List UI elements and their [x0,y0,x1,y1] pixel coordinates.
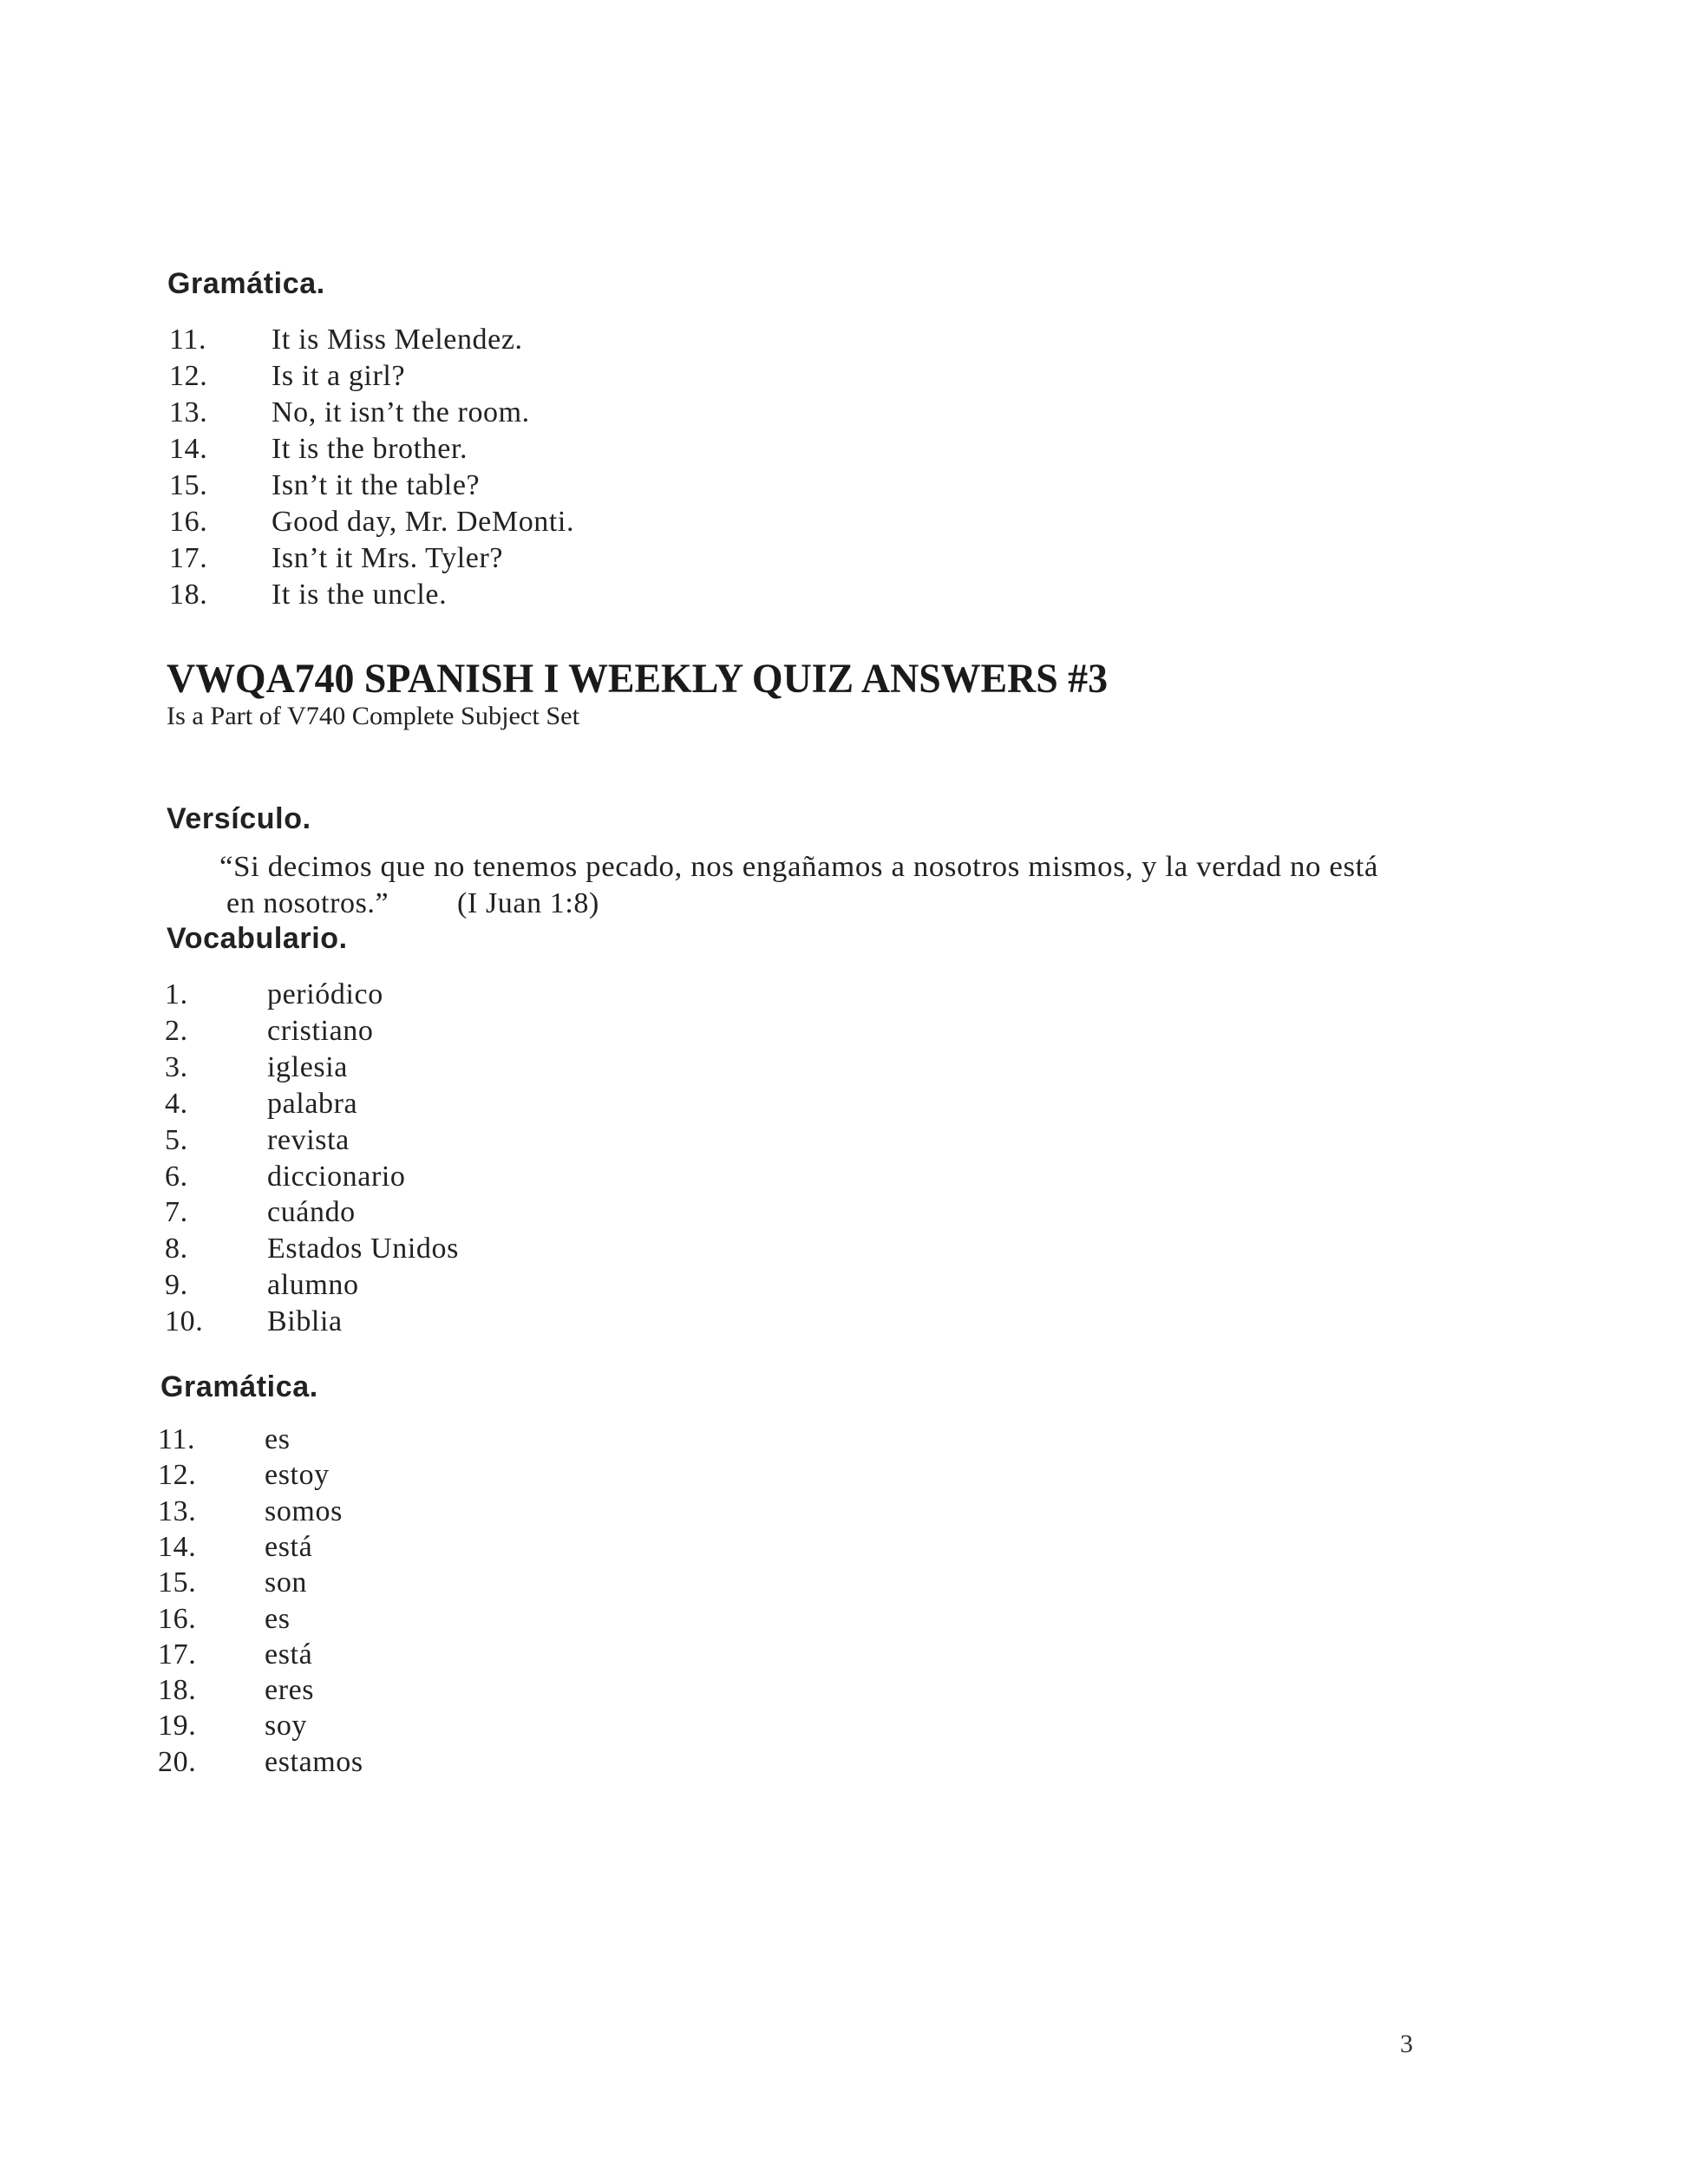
list-item-text: eres [265,1676,314,1705]
list-item-text: revista [267,1126,350,1155]
list-item-number: 9. [165,1271,188,1300]
list-item-text: somos [265,1497,343,1527]
list-item-text: Estados Unidos [267,1234,459,1264]
list-item-number: 15. [169,471,207,500]
list-item-text: No, it isn’t the room. [272,398,530,428]
section-heading-versiculo: Versículo. [167,804,311,834]
list-item-text: está [265,1640,312,1670]
list-item-number: 18. [169,580,207,610]
verse-citation: (I Juan 1:8) [457,889,599,919]
list-item-text: Isn’t it the table? [272,471,480,500]
list-item-number: 10. [165,1307,203,1337]
page-number: 3 [1400,2031,1413,2057]
list-item-number: 4. [165,1089,188,1119]
list-item-number: 1. [165,980,188,1010]
list-item-text: iglesia [267,1053,348,1082]
verse-line-1: “Si decimos que no tenemos pecado, nos e… [219,853,1378,882]
list-item-number: 18. [158,1676,196,1705]
list-item-text: It is the brother. [272,435,468,464]
list-item-text: cuándo [267,1198,356,1227]
list-item-text: alumno [267,1271,359,1300]
list-item-text: diccionario [267,1162,406,1192]
list-item-text: Is it a girl? [272,362,405,391]
list-item-number: 2. [165,1017,188,1046]
page-title: VWQA740 SPANISH I WEEKLY QUIZ ANSWERS #3 [167,658,1108,700]
list-item-text: son [265,1568,307,1598]
list-item-text: cristiano [267,1017,373,1046]
list-item-number: 12. [169,362,207,391]
list-item-number: 20. [158,1748,196,1777]
list-item-text: estoy [265,1461,330,1490]
list-item-text: It is the uncle. [272,580,447,610]
list-item-number: 12. [158,1461,196,1490]
list-item-number: 17. [169,544,207,573]
list-item-text: es [265,1425,291,1455]
list-item-number: 17. [158,1640,196,1670]
list-item-text: palabra [267,1089,357,1119]
list-item-text: Good day, Mr. DeMonti. [272,507,574,537]
section-heading-vocabulario: Vocabulario. [167,924,348,953]
list-item-number: 5. [165,1126,188,1155]
list-item-text: It is Miss Melendez. [272,325,523,355]
list-item-number: 11. [169,325,206,355]
section-heading-gramatica: Gramática. [160,1372,318,1402]
list-item-text: estamos [265,1748,363,1777]
list-item-number: 15. [158,1568,196,1598]
list-item-number: 7. [165,1198,188,1227]
list-item-number: 3. [165,1053,188,1082]
list-item-text: Isn’t it Mrs. Tyler? [272,544,503,573]
list-item-number: 8. [165,1234,188,1264]
page-subtitle: Is a Part of V740 Complete Subject Set [167,703,579,729]
list-item-text: soy [265,1711,307,1741]
list-item-text: Biblia [267,1307,343,1337]
list-item-text: periódico [267,980,383,1010]
list-item-number: 13. [158,1497,196,1527]
list-item-number: 11. [158,1425,195,1455]
section-heading-gramatica-previous: Gramática. [167,269,325,298]
list-item-number: 6. [165,1162,188,1192]
list-item-text: está [265,1533,312,1562]
list-item-number: 13. [169,398,207,428]
list-item-number: 19. [158,1711,196,1741]
verse-line-2: en nosotros.” [226,889,389,919]
list-item-number: 16. [158,1605,196,1634]
list-item-number: 14. [169,435,207,464]
list-item-number: 16. [169,507,207,537]
list-item-number: 14. [158,1533,196,1562]
list-item-text: es [265,1605,291,1634]
